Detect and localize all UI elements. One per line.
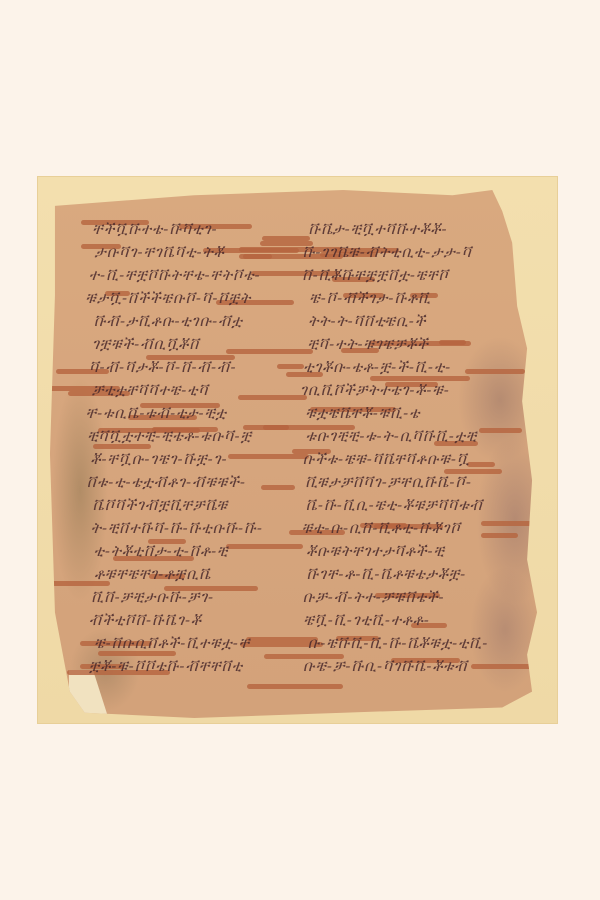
manuscript-handwriting-line: ቼቯ-ቪ-ገቲቪ-ተቶቶ- — [303, 611, 429, 629]
manuscript-handwriting-line: ቼ-ቮ-ቭችገታ-ቩቶቪ — [309, 289, 431, 307]
manuscript-handwriting-line: ቼ-ቨቡቢቨቶች-ቪተቹቷ-ቸ — [94, 634, 250, 652]
birch-bark-sheet: ቸችቯቩተቴ-ቩቫቲገ-ታቡቫገ-ቸገቬቫቲ-ትቾተ-ቪ-ቸቿቮቩትቸቴ-ቸትቮ… — [45, 190, 542, 718]
manuscript-handwriting-line: ቱቡገቺቺ-ቱ-ት-ቢቫቩቪ-ቷቺ — [306, 427, 478, 445]
bark-lenticel-stripe — [262, 236, 309, 241]
manuscript-handwriting-line: ቲገቾቡ-ቴቶ-ቿ-ች-ቪ-ቲ- — [303, 358, 451, 376]
manuscript-handwriting-line: ቨ-ቪቾቩቸቿቿቨቷ-ቼቸቮ — [302, 266, 449, 284]
bark-lenticel-stripe — [467, 462, 495, 467]
manuscript-handwriting-line: ቫ-ቭ-ቫታቾ-ቮ-ቨ-ቭ-ቭ- — [89, 358, 236, 376]
manuscript-handwriting-line: ቺቫቯቷተቺ-ቺቴቶ-ቱቡቫ-ቿ — [87, 427, 251, 445]
manuscript-handwriting-line: ቬ-ቩ-ቪቢ-ቼቲ-ቾቹቻቫቫቱቭ — [306, 496, 483, 514]
manuscript-mount: ቸችቯቩተቴ-ቩቫቲገ-ታቡቫገ-ቸገቬቫቲ-ትቾተ-ቪ-ቸቿቮቩትቸቴ-ቸትቮ… — [37, 176, 558, 724]
manuscript-handwriting-line: ቪቨ-ቻቺታቡቩ-ቻገ- — [91, 588, 214, 606]
manuscript-handwriting-line: ቡቼ-ቻ-ቩቢ-ቫገቩቬ-ቾቱቭ — [303, 657, 468, 675]
manuscript-handwriting-line: ታቡቫገ-ቸገቬቫቲ-ትቾ — [94, 243, 224, 261]
bark-lenticel-stripe — [465, 369, 525, 374]
manuscript-handwriting-line: ቡችቱ-ቼቹ-ቫቬቸቫቶቡቹ-ቯ — [303, 450, 470, 468]
manuscript-handwriting-line: ቹቷቼቬቸቾ-ቹቪ-ቴ — [305, 404, 420, 422]
torn-corner — [69, 670, 109, 720]
bark-lenticel-stripe — [238, 395, 306, 400]
manuscript-handwriting-line: ቩቭ-ታቪቶቡ-ቲገቡ-ቭቷ — [94, 312, 243, 330]
manuscript-handwriting-line: ቡ-ቼቩቪ-ቪ-ቩ-ቬቾቹቷ-ቲቪ- — [308, 634, 489, 652]
bark-lenticel-stripe — [481, 521, 572, 526]
bark-lenticel-stripe — [471, 664, 565, 669]
manuscript-handwriting-line: ቹታቯ-ቨችችቼቡቮ-ቫ-ቮቿት — [86, 289, 252, 307]
manuscript-handwriting-line: ቾ-ቸቯቡ-ገቼገ-ቩቿ-ገ- — [91, 450, 228, 468]
bark-lenticel-stripe — [370, 376, 469, 381]
manuscript-handwriting-line: ቩ-ገገቬቹ-ቭትቲቢቲ-ታታ-ቫ — [303, 243, 473, 261]
manuscript-handwriting-line: ቪቹታቻቨቫገ-ቻቸቢቩቬ-ቮ- — [305, 473, 472, 491]
manuscript-handwriting-line: ገቢቪቮችቻትተቴገ-ቾ-ቹ- — [300, 381, 450, 399]
bark-lenticel-stripe — [481, 533, 518, 538]
bark-lenticel-stripe — [439, 340, 466, 345]
manuscript-handwriting-line: ትት-ት-ቫቨቲቼቢ-ች — [308, 312, 426, 330]
bark-lenticel-stripe — [277, 364, 304, 369]
manuscript-handwriting-line: ቶቹቸቼቸገ-ቶቿቢቬ — [94, 565, 211, 583]
manuscript-handwriting-line: ቸ-ቱቢቬ-ቱቭ-ቲታ-ቺቷ — [86, 404, 227, 422]
manuscript-handwriting-line: ቸችቯቩተቴ-ቩቫቲገ- — [92, 220, 217, 238]
bark-lenticel-stripe — [226, 544, 303, 549]
manuscript-handwriting-line: ት-ቺቨተቩቫ-ቩ-ቩቲቡቩ-ቩ- — [91, 519, 263, 537]
manuscript-handwriting-line: ቻቲቷቸቫቫተቼ-ቲቫ — [92, 381, 209, 399]
bark-lenticel-stripe — [247, 684, 343, 689]
manuscript-handwriting-line: ቺቫ-ተት-ቹገቼቻቾች — [308, 335, 429, 353]
manuscript-handwriting-line: ቨቱ-ቲ-ቴቷቭቶገ-ቭቹቹች- — [87, 473, 246, 491]
bark-lenticel-stripe — [226, 349, 314, 354]
manuscript-handwriting-line: ገቿቹች-ቭቢቯቾቨ — [92, 335, 200, 353]
bark-lenticel-stripe — [228, 454, 309, 459]
manuscript-handwriting-line: ቬቮቫችገቭቿቪቸቻቬቹ — [92, 496, 228, 514]
manuscript-handwriting-line: ቾቡቹትቸገተታቫቶች-ቺ — [306, 542, 444, 560]
bark-lenticel-stripe — [479, 428, 523, 433]
manuscript-handwriting-line: ቡቻ-ቭ-ትተ-ቻቹቨቴች- — [303, 588, 445, 606]
manuscript-handwriting-line: ቭችቲቮቨ-ቩቬገ-ቾ — [89, 611, 202, 629]
manuscript-handwriting-line: ተ-ቪ-ቸቿቮቩትቸቴ-ቸትቮቴ- — [89, 266, 261, 284]
manuscript-handwriting-line: ቿቾ-ቹ-ቮቮቴቩ-ቭቸቸቨቲ — [89, 657, 243, 675]
manuscript-handwriting-line: ቩቬታ-ቺቯተቫቩተቾቾ- — [308, 220, 447, 238]
manuscript-handwriting-line: ቹቲ-ቡ-ቢቨ-ቪቶቲ-ቩቾገቮ — [302, 519, 461, 537]
manuscript-handwriting-line: ቩገቸ-ቶ-ቪ-ቬቶቹቴታቾቿ- — [306, 565, 466, 583]
bark-lenticel-stripe — [261, 485, 295, 490]
manuscript-handwriting-line: ቲ-ትቾቲቨታ-ቲ-ቨቶ-ቺ — [94, 542, 229, 560]
